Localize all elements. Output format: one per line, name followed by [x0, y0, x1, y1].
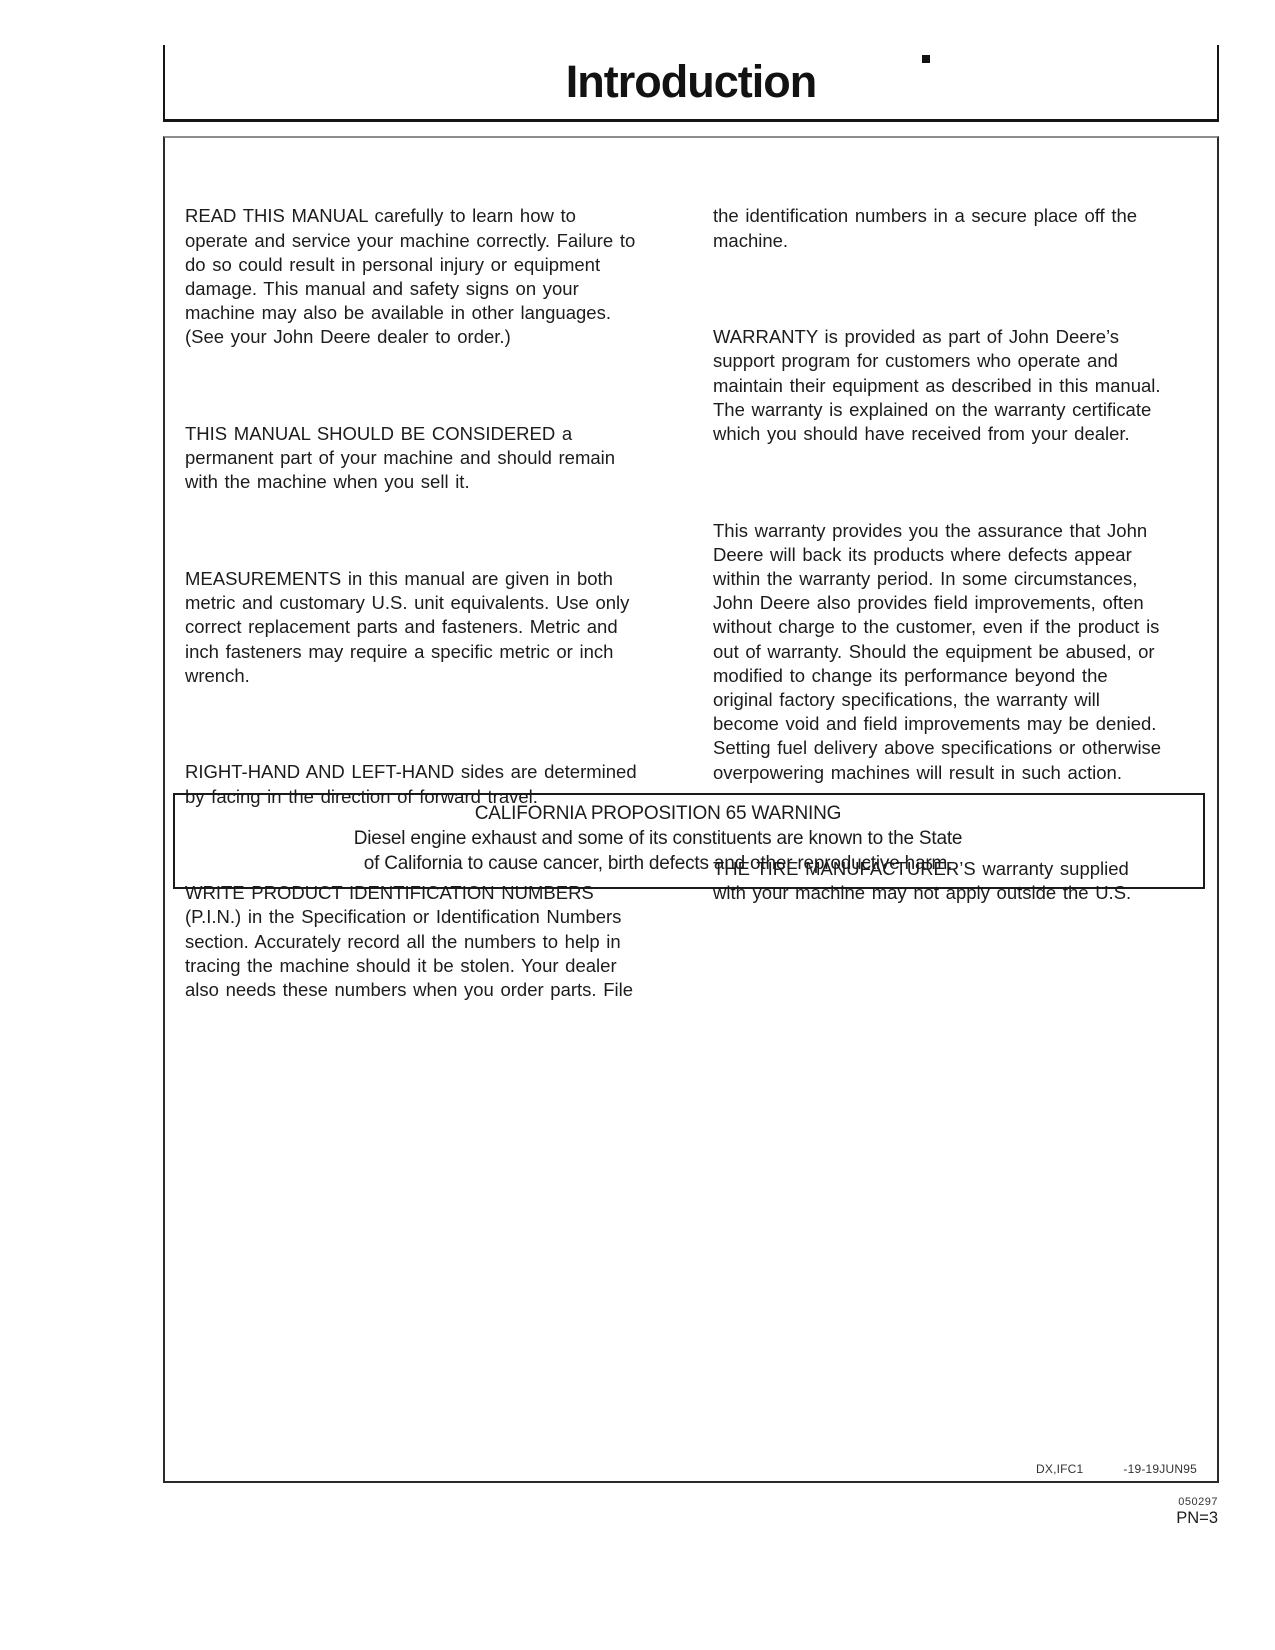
page-number: PN=3: [1176, 1509, 1218, 1528]
warning-line-1: Diesel engine exhaust and some of its co…: [175, 826, 1141, 851]
title-dot-icon: [922, 55, 930, 63]
prop65-warning-box: CALIFORNIA PROPOSITION 65 WARNING Diesel…: [173, 793, 1205, 889]
print-code: 050297: [1178, 1496, 1218, 1508]
para-identification-numbers: the identification numbers in a secure p…: [713, 204, 1161, 252]
left-column: READ THIS MANUAL carefully to learn how …: [185, 156, 637, 1075]
title-box: Introduction: [163, 45, 1219, 122]
warning-title: CALIFORNIA PROPOSITION 65 WARNING: [175, 801, 1141, 826]
document-reference: DX,IFC1 -19-19JUN95: [1036, 1462, 1197, 1476]
manual-page: Introduction READ THIS MANUAL carefully …: [0, 0, 1275, 1650]
para-warranty: WARRANTY is provided as part of John Dee…: [713, 325, 1161, 446]
para-warranty-assurance: This warranty provides you the assurance…: [713, 519, 1161, 785]
para-read-this-manual: READ THIS MANUAL carefully to learn how …: [185, 204, 637, 349]
para-measurements: MEASUREMENTS in this manual are given in…: [185, 567, 637, 688]
doc-date: -19-19JUN95: [1123, 1462, 1197, 1476]
content-box: READ THIS MANUAL carefully to learn how …: [163, 136, 1219, 1483]
doc-code: DX,IFC1: [1036, 1462, 1083, 1476]
para-manual-considered: THIS MANUAL SHOULD BE CONSIDERED a perma…: [185, 422, 637, 495]
warning-line-2: of California to cause cancer, birth def…: [175, 851, 1141, 876]
para-write-pin: WRITE PRODUCT IDENTIFICATION NUMBERS (P.…: [185, 881, 637, 1002]
page-title: Introduction: [566, 56, 816, 108]
